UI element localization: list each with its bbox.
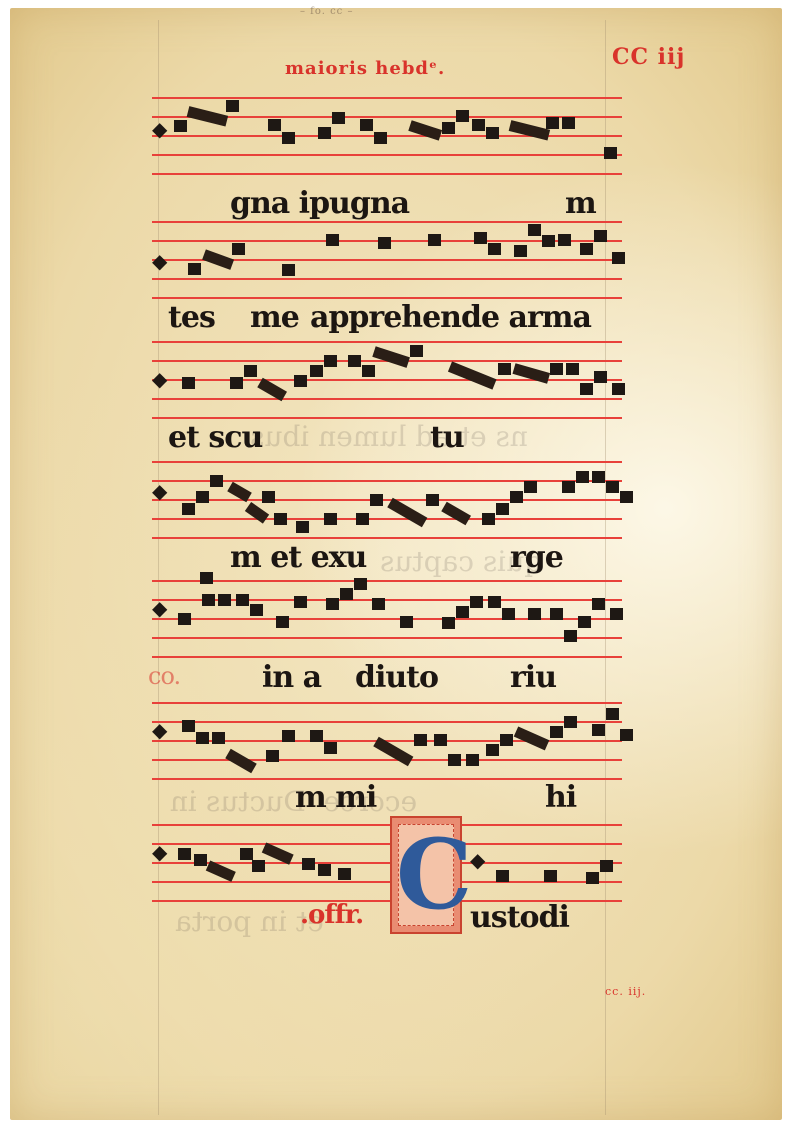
lyric-text: tes bbox=[168, 300, 215, 335]
offertory-rubric: .offr. bbox=[300, 900, 363, 930]
lyric-text: m mi bbox=[295, 780, 376, 815]
folio-number-bottom: cc. iij. bbox=[605, 985, 646, 998]
ruling-line bbox=[158, 20, 159, 1115]
c-clef-icon: ◆ bbox=[152, 369, 167, 389]
pencil-note: – fo. cc – bbox=[300, 6, 353, 17]
music-staff-7: ◆ ◆ bbox=[152, 824, 622, 904]
c-clef-icon: ◆ bbox=[152, 251, 167, 271]
c-clef-icon: ◆ bbox=[152, 481, 167, 501]
lyric-text: m bbox=[565, 186, 596, 221]
show-through-text: ns et ad lumen ibus bbox=[250, 420, 528, 453]
lyric-text: rge bbox=[510, 540, 563, 575]
music-staff-3: ◆ bbox=[152, 341, 622, 421]
music-staff-2: ◆ bbox=[152, 221, 622, 301]
illuminated-initial: C bbox=[390, 816, 462, 934]
music-staff-5: ◆ bbox=[152, 580, 622, 660]
folio-number: CC iij bbox=[612, 44, 685, 70]
rubric-marginal: co. bbox=[148, 662, 180, 690]
lyric-text: hi bbox=[545, 780, 576, 815]
c-clef-icon: ◆ bbox=[470, 850, 485, 870]
lyric-text: tu bbox=[430, 420, 464, 455]
running-title: maioris hebdᵉ. bbox=[285, 58, 445, 79]
c-clef-icon: ◆ bbox=[152, 598, 167, 618]
lyric-text: ustodi bbox=[470, 900, 569, 935]
music-staff-4: ◆ bbox=[152, 461, 622, 541]
music-staff-6: ◆ bbox=[152, 702, 622, 782]
lyric-text: m et exu bbox=[230, 540, 366, 575]
lyric-text: diuto bbox=[355, 660, 438, 695]
lyric-text: gna ipugna bbox=[230, 186, 409, 221]
c-clef-icon: ◆ bbox=[152, 842, 167, 862]
c-clef-icon: ◆ bbox=[152, 720, 167, 740]
lyric-text: riu bbox=[510, 660, 556, 695]
lyric-text: apprehende arma bbox=[310, 300, 591, 335]
show-through-text: eccrce Ductus in bbox=[170, 785, 417, 818]
music-staff-1: ◆ bbox=[152, 97, 622, 177]
lyric-text: et scu bbox=[168, 420, 262, 455]
lyric-text: me bbox=[250, 300, 299, 335]
ruling-line bbox=[605, 20, 606, 1115]
c-clef-icon: ◆ bbox=[152, 119, 167, 139]
lyric-text: in a bbox=[262, 660, 321, 695]
